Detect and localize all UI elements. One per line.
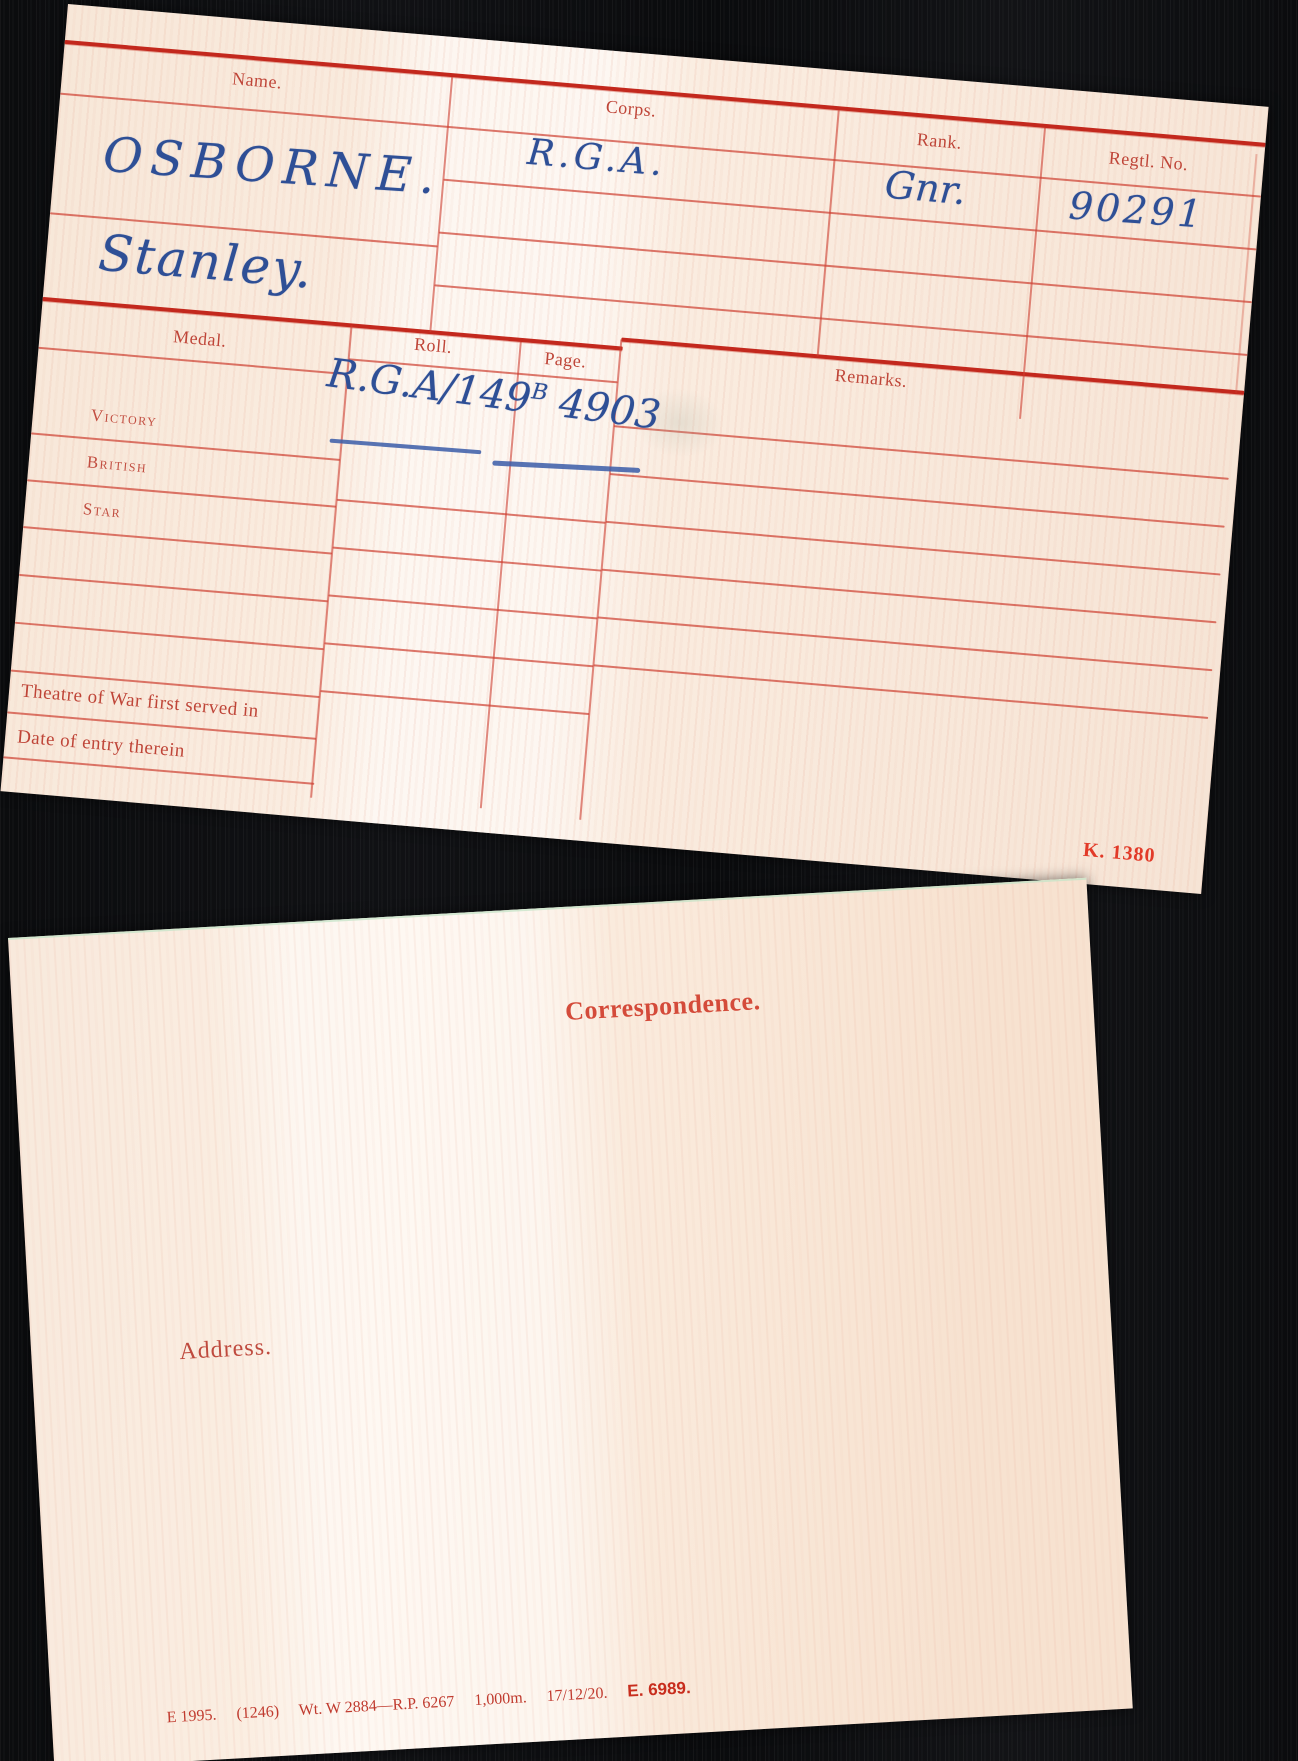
date-of-entry-label: Date of entry therein [16, 726, 185, 762]
form-number-stamp: K. 1380 [1059, 837, 1181, 870]
grid-line-h [15, 622, 324, 650]
grid-line-h [328, 594, 597, 619]
imprint-part: E 1995. [166, 1707, 217, 1727]
grid-line-h [320, 690, 589, 715]
grid-line-h [602, 569, 1217, 624]
medal-row-british: British [86, 452, 148, 477]
ink-underline [330, 439, 482, 455]
grid-line-h [19, 574, 328, 602]
grid-line-h [337, 499, 606, 524]
grid-line-h [23, 526, 332, 554]
address-label: Address. [179, 1334, 273, 1366]
grid-line-h [606, 521, 1221, 576]
imprint-part: (1246) [236, 1703, 280, 1722]
remarks-column-header: Remarks. [750, 358, 991, 399]
grid-line-v [1235, 154, 1257, 393]
rank-column-header: Rank. [846, 123, 1033, 160]
grid-line-h [332, 547, 601, 572]
ink-underline [492, 461, 640, 473]
rank-entry: Gnr. [849, 160, 1002, 217]
regtl-no-column-header: Regtl. No. [1048, 142, 1249, 180]
medal-row-victory: Victory [90, 405, 158, 431]
medal-index-card-front: Name. Corps. Rank. Regtl. No. OSBORNE. S… [1, 4, 1269, 894]
printer-imprint: E 1995. (1246) Wt. W 2884—R.P. 6267 1,00… [166, 1677, 707, 1727]
name-column-header: Name. [92, 56, 423, 105]
imprint-part: 1,000m. [474, 1689, 527, 1709]
corps-column-header: Corps. [501, 87, 762, 130]
corps-entry: R.G.A. [485, 128, 708, 188]
imprint-part: 17/12/20. [546, 1685, 608, 1705]
page-column-header: Page. [519, 346, 612, 375]
grid-line-h [610, 473, 1225, 528]
roll-entry-superscript: B [530, 379, 549, 406]
imprint-reference-number: E. 6989. [627, 1678, 691, 1701]
medal-row-star: Star [82, 499, 122, 522]
medal-index-card-back: Correspondence. Address. E 1995. (1246) … [8, 878, 1133, 1761]
grid-line-h [434, 284, 1247, 356]
grid-line-h [597, 616, 1212, 671]
page-entry-text: 4903 [556, 380, 663, 439]
grid-line-h [593, 664, 1208, 719]
imprint-part: Wt. W 2884—R.P. 6267 [298, 1693, 455, 1719]
grid-line-h [324, 642, 593, 667]
forename-entry: Stanley. [96, 224, 316, 300]
roll-page-entry: R.G.A/149B 4903 [325, 350, 668, 439]
grid-line-h [31, 432, 340, 460]
correspondence-heading: Correspondence. [492, 982, 833, 1031]
grid-line-h [65, 40, 1266, 147]
grid-line-h [27, 479, 336, 507]
grid-line-h [439, 232, 1252, 304]
surname-entry: OSBORNE. [101, 127, 474, 208]
